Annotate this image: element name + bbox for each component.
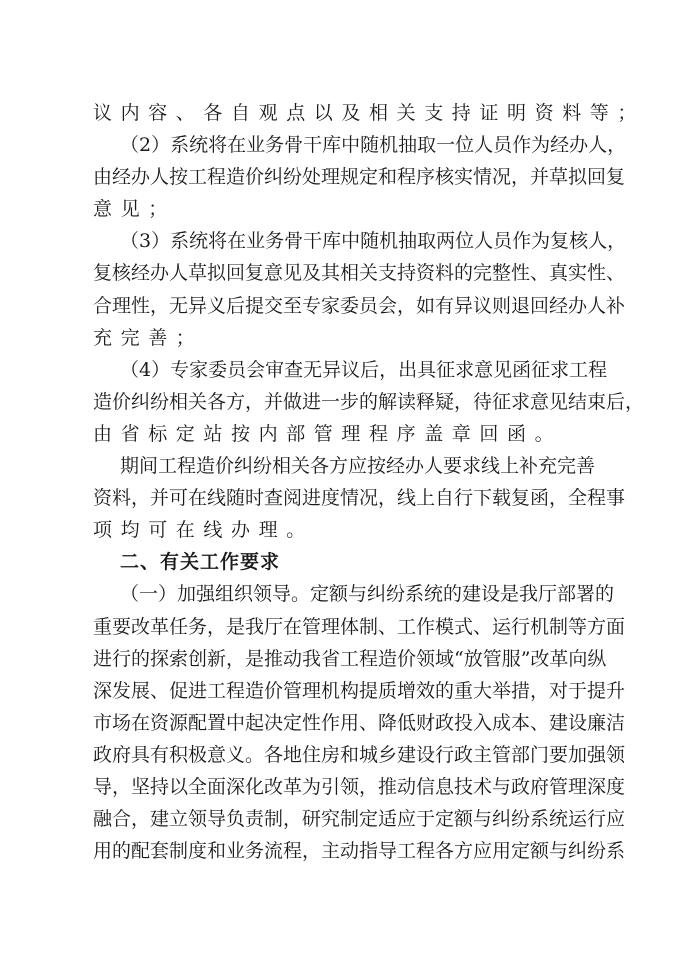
subsection-start: （一）加强组织领导。定额与纠纷系统的建设是我厅部署的 [93, 578, 595, 610]
text-line: 意见； [93, 193, 595, 225]
subsection-lead: （一）加强组织领导。 [120, 583, 310, 605]
text-line: 政府具有积极意义。各地住房和城乡建设行政主管部门要加强领 [93, 739, 595, 771]
text-line: 用的配套制度和业务流程，主动指导工程各方应用定额与纠纷系 [93, 835, 595, 867]
list-item-3: （3）系统将在业务骨干库中随机抽取两位人员作为复核人， [93, 225, 595, 257]
text-line: 深发展、促进工程造价管理机构提质增效的重大举措，对于提升 [93, 675, 595, 707]
text-line: 由省标定站按内部管理程序盖章回函。 [93, 418, 595, 450]
section-heading: 二、有关工作要求 [93, 546, 595, 578]
text-line: 市场在资源配置中起决定性作用、降低财政投入成本、建设廉洁 [93, 707, 595, 739]
text-line: 资料，并可在线随时查阅进度情况，线上自行下载复函，全程事 [93, 482, 595, 514]
text-line: 议内容、各自观点以及相关支持证明资料等； [93, 97, 595, 129]
text-line: 进行的探索创新，是推动我省工程造价领域“放管服”改革向纵 [93, 643, 595, 675]
document-page: 议内容、各自观点以及相关支持证明资料等； （2）系统将在业务骨干库中随机抽取一位… [0, 0, 680, 962]
list-item-2: （2）系统将在业务骨干库中随机抽取一位人员作为经办人， [93, 129, 595, 161]
list-item-4: （4）专家委员会审查无异议后，出具征求意见函征求工程 [93, 354, 595, 386]
text-line: 充完善； [93, 322, 595, 354]
subsection-text: 定额与纠纷系统的建设是我厅部署的 [310, 583, 614, 605]
paragraph-start: 期间工程造价纠纷相关各方应按经办人要求线上补充完善 [93, 450, 595, 482]
text-line: 项均可在线办理。 [93, 514, 595, 546]
text-line: 导，坚持以全面深化改革为引领，推动信息技术与政府管理深度 [93, 771, 595, 803]
text-line: 重要改革任务，是我厅在管理体制、工作模式、运行机制等方面 [93, 611, 595, 643]
text-line: 造价纠纷相关各方，并做进一步的解读释疑，待征求意见结束后， [93, 386, 595, 418]
text-line: 融合，建立领导负责制，研究制定适应于定额与纠纷系统运行应 [93, 803, 595, 835]
document-body: 议内容、各自观点以及相关支持证明资料等； （2）系统将在业务骨干库中随机抽取一位… [93, 97, 595, 867]
text-line: 由经办人按工程造价纠纷处理规定和程序核实情况，并草拟回复 [93, 161, 595, 193]
text-line: 复核经办人草拟回复意见及其相关支持资料的完整性、真实性、 [93, 257, 595, 289]
text-line: 合理性，无异义后提交至专家委员会，如有异议则退回经办人补 [93, 290, 595, 322]
